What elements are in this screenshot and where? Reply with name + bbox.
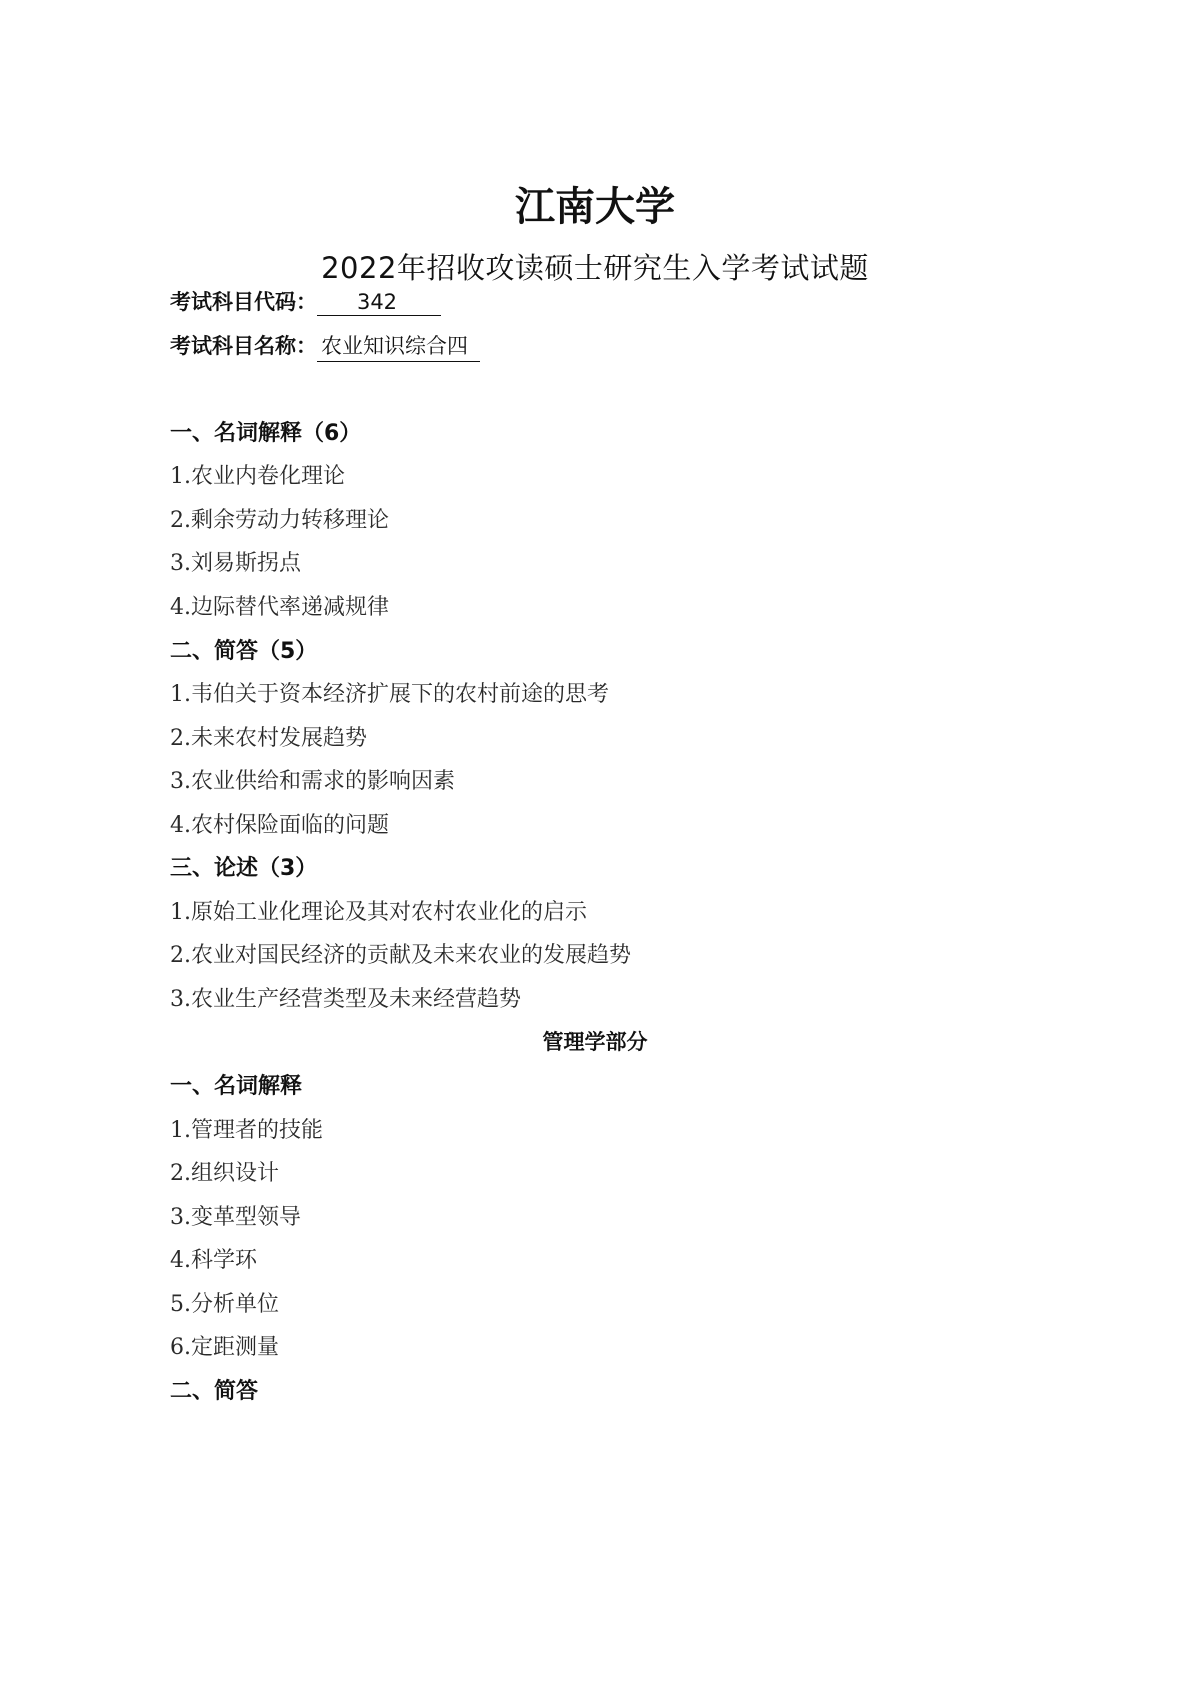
subject-code-row: 考试科目代码：342 — [170, 286, 441, 316]
question-item: 3.农业生产经营类型及未来经营趋势 — [170, 982, 521, 1013]
section-heading: 一、名词解释 — [170, 1069, 302, 1100]
question-item: 5.分析单位 — [170, 1287, 279, 1318]
subject-name-label: 考试科目名称： — [170, 334, 317, 358]
question-item: 3.刘易斯拐点 — [170, 546, 301, 577]
question-item: 4.科学环 — [170, 1243, 257, 1274]
question-item: 1.农业内卷化理论 — [170, 459, 345, 490]
question-item: 4.农村保险面临的问题 — [170, 808, 389, 839]
exam-title: 2022年招收攻读硕士研究生入学考试试题 — [0, 246, 1190, 287]
subject-code-value: 342 — [317, 290, 441, 316]
section-heading: 二、简答 — [170, 1374, 258, 1405]
question-item: 1.原始工业化理论及其对农村农业化的启示 — [170, 895, 587, 926]
part-title: 管理学部分 — [0, 1026, 1190, 1056]
question-item: 1.管理者的技能 — [170, 1113, 323, 1144]
question-item: 2.农业对国民经济的贡献及未来农业的发展趋势 — [170, 938, 631, 969]
exam-page: 江南大学 2022年招收攻读硕士研究生入学考试试题 考试科目代码：342 考试科… — [0, 0, 1190, 1683]
question-item: 6.定距测量 — [170, 1330, 279, 1361]
section-heading: 一、名词解释（6） — [170, 416, 361, 447]
subject-code-label: 考试科目代码： — [170, 290, 317, 314]
question-item: 3.变革型领导 — [170, 1200, 301, 1231]
subject-name-value: 农业知识综合四 — [317, 330, 480, 362]
section-heading: 二、简答（5） — [170, 634, 317, 665]
section-heading: 三、论述（3） — [170, 851, 317, 882]
question-item: 2.组织设计 — [170, 1156, 279, 1187]
question-item: 3.农业供给和需求的影响因素 — [170, 764, 455, 795]
question-item: 2.剩余劳动力转移理论 — [170, 503, 389, 534]
university-title: 江南大学 — [0, 175, 1190, 232]
subject-name-row: 考试科目名称：农业知识综合四 — [170, 330, 480, 362]
question-item: 2.未来农村发展趋势 — [170, 721, 367, 752]
question-item: 4.边际替代率递减规律 — [170, 590, 389, 621]
question-item: 1.韦伯关于资本经济扩展下的农村前途的思考 — [170, 677, 609, 708]
